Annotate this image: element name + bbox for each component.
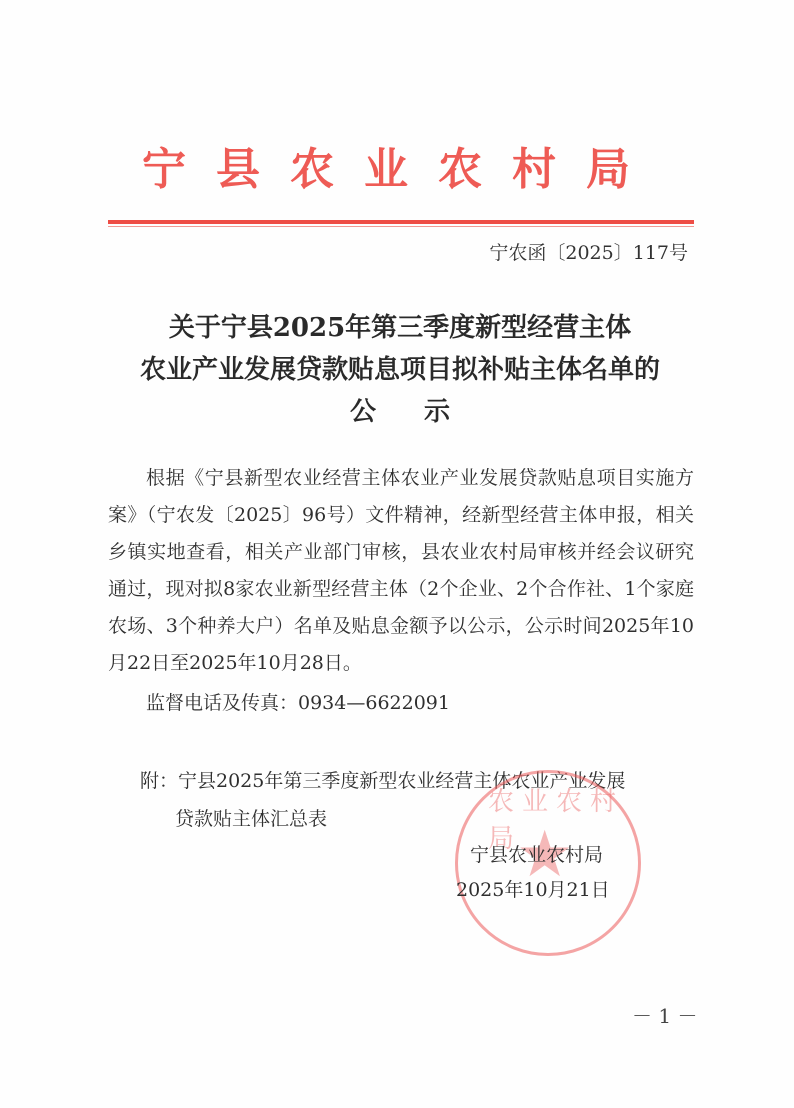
contact-line: 监督电话及传真：0934—6622091 bbox=[146, 688, 450, 715]
page-number: － 1 － bbox=[632, 1000, 697, 1029]
title-line-3: 公示 bbox=[100, 391, 700, 433]
document-number: 宁农函〔2025〕117号 bbox=[489, 238, 688, 265]
red-divider bbox=[108, 220, 694, 224]
body-paragraph: 根据《宁县新型农业经营主体农业产业发展贷款贴息项目实施方案》（宁农发〔2025〕… bbox=[108, 460, 694, 682]
masthead: 宁县农业农村局 bbox=[108, 140, 694, 200]
signature-date: 2025年10月21日 bbox=[456, 875, 610, 902]
document-page: 宁县农业农村局 宁农函〔2025〕117号 关于宁县2025年第三季度新型经营主… bbox=[0, 0, 794, 1108]
document-title: 关于宁县2025年第三季度新型经营主体 农业产业发展贷款贴息项目拟补贴主体名单的… bbox=[100, 307, 700, 433]
red-divider-thin bbox=[108, 226, 694, 227]
body-text: 根据《宁县新型农业经营主体农业产业发展贷款贴息项目实施方案》（宁农发〔2025〕… bbox=[108, 460, 694, 682]
signature-org: 宁县农业农村局 bbox=[470, 840, 603, 867]
title-line-2: 农业产业发展贷款贴息项目拟补贴主体名单的 bbox=[100, 349, 700, 391]
title-line-1: 关于宁县2025年第三季度新型经营主体 bbox=[100, 307, 700, 349]
